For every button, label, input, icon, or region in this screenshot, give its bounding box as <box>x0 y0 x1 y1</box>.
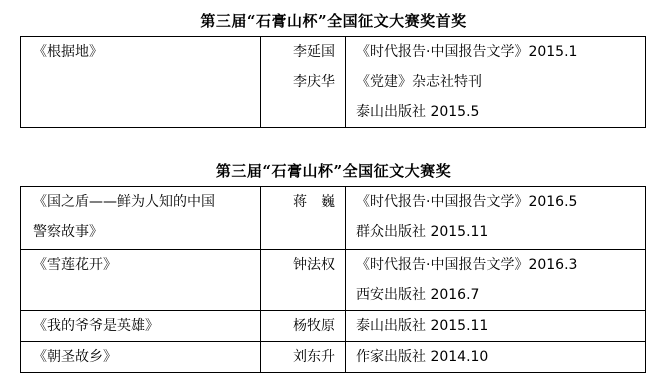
author-cell: 蒋 巍 <box>261 187 346 250</box>
table-row: 《根据地》 李延国 李庆华 《时代报告·中国报告文学》2015.1 《党建》杂志… <box>21 37 646 128</box>
publication: 《时代报告·中国报告文学》2016.5 <box>356 187 645 217</box>
author-name: 杨牧原 <box>261 311 335 341</box>
work-title: 《国之盾——鲜为人知的中国 <box>33 187 260 217</box>
table-row: 《朝圣故乡》 刘东升 作家出版社 2014.10 <box>21 342 646 373</box>
publication-cell: 《时代报告·中国报告文学》2016.5 群众出版社 2015.11 <box>346 187 646 250</box>
work-title: 《雪莲花开》 <box>33 250 260 280</box>
work-title-cell: 《根据地》 <box>21 37 261 128</box>
publication-cell: 《时代报告·中国报告文学》2016.3 西安出版社 2016.7 <box>346 250 646 311</box>
author-name: 李延国 <box>261 37 335 67</box>
grand-prize-table: 《根据地》 李延国 李庆华 《时代报告·中国报告文学》2015.1 《党建》杂志… <box>20 36 646 128</box>
author-cell: 刘东升 <box>261 342 346 373</box>
author-cell: 李延国 李庆华 <box>261 37 346 128</box>
publication-cell: 泰山出版社 2015.11 <box>346 311 646 342</box>
author-name: 李庆华 <box>261 67 335 97</box>
publication: 《时代报告·中国报告文学》2015.1 <box>356 37 645 67</box>
table-row: 《雪莲花开》 钟法权 《时代报告·中国报告文学》2016.3 西安出版社 201… <box>21 250 646 311</box>
award-table: 《国之盾——鲜为人知的中国 警察故事》 蒋 巍 《时代报告·中国报告文学》201… <box>20 186 646 373</box>
author-name: 蒋 巍 <box>261 187 335 217</box>
work-title: 《我的爷爷是英雄》 <box>33 311 260 341</box>
work-title-cell: 《国之盾——鲜为人知的中国 警察故事》 <box>21 187 261 250</box>
table-row: 《国之盾——鲜为人知的中国 警察故事》 蒋 巍 《时代报告·中国报告文学》201… <box>21 187 646 250</box>
work-title: 《朝圣故乡》 <box>33 342 260 372</box>
publication: 《时代报告·中国报告文学》2016.3 <box>356 250 645 280</box>
author-name: 刘东升 <box>261 342 335 372</box>
author-cell: 杨牧原 <box>261 311 346 342</box>
publication: 泰山出版社 2015.5 <box>356 97 645 127</box>
work-title-cell: 《我的爷爷是英雄》 <box>21 311 261 342</box>
author-name: 钟法权 <box>261 250 335 280</box>
publication-cell: 作家出版社 2014.10 <box>346 342 646 373</box>
publication: 作家出版社 2014.10 <box>356 342 645 372</box>
work-title-cell: 《朝圣故乡》 <box>21 342 261 373</box>
publication: 泰山出版社 2015.11 <box>356 311 645 341</box>
work-title: 《根据地》 <box>33 37 260 67</box>
publication: 群众出版社 2015.11 <box>356 217 645 247</box>
publication-cell: 《时代报告·中国报告文学》2015.1 《党建》杂志社特刊 泰山出版社 2015… <box>346 37 646 128</box>
publication: 西安出版社 2016.7 <box>356 280 645 310</box>
author-cell: 钟法权 <box>261 250 346 311</box>
publication: 《党建》杂志社特刊 <box>356 67 645 97</box>
section-title-award: 第三届“石膏山杯”全国征文大赛奖 <box>0 160 667 181</box>
work-title-cell: 《雪莲花开》 <box>21 250 261 311</box>
section-title-grand-prize: 第三届“石膏山杯”全国征文大赛奖首奖 <box>0 10 667 31</box>
work-title: 警察故事》 <box>33 217 260 247</box>
table-row: 《我的爷爷是英雄》 杨牧原 泰山出版社 2015.11 <box>21 311 646 342</box>
